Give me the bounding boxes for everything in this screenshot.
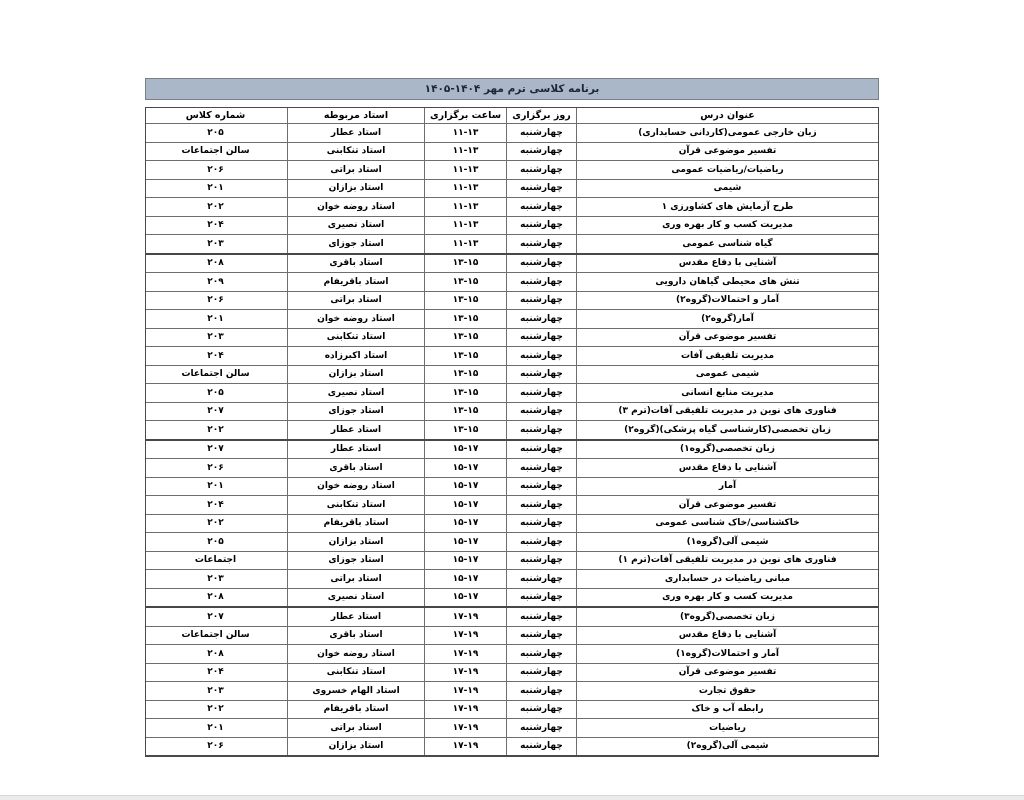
course-cell: مدیریت کسب و کار بهره وری — [576, 217, 878, 235]
professor-cell: استاد باقریفام — [287, 515, 424, 533]
table-row: طرح آزمایش های کشاورزی ۱چهارشنبه۱۱-۱۳است… — [146, 197, 878, 216]
day-cell: چهارشنبه — [506, 273, 576, 291]
room-cell: ۲۰۶ — [144, 161, 287, 179]
day-cell: چهارشنبه — [506, 384, 576, 402]
day-cell: چهارشنبه — [506, 459, 576, 477]
day-cell: چهارشنبه — [506, 682, 576, 700]
course-cell: رابطه آب و خاک — [576, 701, 878, 719]
room-cell: ۲۰۲ — [144, 198, 287, 216]
professor-cell: استاد براتی — [287, 161, 424, 179]
day-cell: چهارشنبه — [506, 329, 576, 347]
table-row: فناوری های نوین در مدیریت تلفیقی آفات(تر… — [146, 402, 878, 421]
table-title: برنامه کلاسی ترم مهر ۱۴۰۴-۱۴۰۵ — [425, 83, 600, 95]
course-cell: ریاضیات — [576, 719, 878, 737]
day-cell: چهارشنبه — [506, 292, 576, 310]
time-cell: ۱۳-۱۵ — [424, 384, 506, 402]
day-cell: چهارشنبه — [506, 570, 576, 588]
day-cell: چهارشنبه — [506, 515, 576, 533]
time-cell: ۱۵-۱۷ — [424, 441, 506, 459]
course-cell: آمار — [576, 478, 878, 496]
room-cell: ۲۰۸ — [144, 255, 287, 273]
course-cell: شیمی آلی(گروه۱) — [576, 533, 878, 551]
day-cell: چهارشنبه — [506, 478, 576, 496]
professor-cell: استاد جوزای — [287, 235, 424, 253]
professor-cell: استاد بزازان — [287, 738, 424, 756]
day-cell: چهارشنبه — [506, 421, 576, 439]
course-cell: مدیریت منابع انسانی — [576, 384, 878, 402]
day-cell: چهارشنبه — [506, 310, 576, 328]
professor-cell: استاد بزازان — [287, 533, 424, 551]
professor-cell: استاد جوزای — [287, 403, 424, 421]
table-row: آشنایی با دفاع مقدسچهارشنبه۱۷-۱۹استاد با… — [146, 626, 878, 645]
professor-cell: استاد عطار — [287, 608, 424, 626]
column-header-room: شماره کلاس — [144, 108, 287, 123]
course-cell: آشنایی با دفاع مقدس — [576, 459, 878, 477]
time-cell: ۱۳-۱۵ — [424, 347, 506, 365]
time-cell: ۱۵-۱۷ — [424, 478, 506, 496]
time-cell: ۱۱-۱۳ — [424, 124, 506, 142]
room-cell: ۲۰۱ — [144, 478, 287, 496]
time-cell: ۱۳-۱۵ — [424, 421, 506, 439]
time-cell: ۱۷-۱۹ — [424, 627, 506, 645]
course-cell: مبانی ریاضیات در حسابداری — [576, 570, 878, 588]
room-cell: ۲۰۹ — [144, 273, 287, 291]
table-row: شیمیچهارشنبه۱۱-۱۳استاد بزازان۲۰۱ — [146, 179, 878, 198]
room-cell: ۲۰۵ — [144, 384, 287, 402]
room-cell: ۲۰۲ — [144, 701, 287, 719]
table-row: شیمی آلی(گروه۲)چهارشنبه۱۷-۱۹استاد بزازان… — [146, 737, 878, 756]
day-cell: چهارشنبه — [506, 403, 576, 421]
table-row: فناوری های نوین در مدیریت تلفیقی آفات(تر… — [146, 551, 878, 570]
time-cell: ۱۷-۱۹ — [424, 608, 506, 626]
time-cell: ۱۷-۱۹ — [424, 682, 506, 700]
table-row: مدیریت کسب و کار بهره وریچهارشنبه۱۵-۱۷اس… — [146, 588, 878, 607]
time-cell: ۱۳-۱۵ — [424, 310, 506, 328]
time-cell: ۱۵-۱۷ — [424, 533, 506, 551]
professor-cell: استاد براتی — [287, 570, 424, 588]
room-cell: ۲۰۵ — [144, 533, 287, 551]
table-header-row: عنوان درس روز برگزاری ساعت برگزاری استاد… — [146, 108, 878, 123]
day-cell: چهارشنبه — [506, 255, 576, 273]
time-cell: ۱۷-۱۹ — [424, 701, 506, 719]
time-cell: ۱۵-۱۷ — [424, 496, 506, 514]
day-cell: چهارشنبه — [506, 180, 576, 198]
course-cell: آشنایی با دفاع مقدس — [576, 627, 878, 645]
table-row: مبانی ریاضیات در حسابداریچهارشنبه۱۵-۱۷اس… — [146, 569, 878, 588]
room-cell: ۲۰۵ — [144, 124, 287, 142]
column-header-course: عنوان درس — [576, 108, 878, 123]
professor-cell: استاد عطار — [287, 124, 424, 142]
course-cell: شیمی عمومی — [576, 366, 878, 384]
table-row: خاکشناسی/خاک شناسی عمومیچهارشنبه۱۵-۱۷است… — [146, 514, 878, 533]
room-cell: ۲۰۶ — [144, 292, 287, 310]
day-cell: چهارشنبه — [506, 347, 576, 365]
time-cell: ۱۵-۱۷ — [424, 589, 506, 607]
professor-cell: استاد بزازان — [287, 366, 424, 384]
professor-cell: استاد اکبرزاده — [287, 347, 424, 365]
course-cell: آمار(گروه۲) — [576, 310, 878, 328]
window-bottom-edge — [0, 795, 1024, 800]
time-cell: ۱۷-۱۹ — [424, 738, 506, 756]
course-cell: مدیریت کسب و کار بهره وری — [576, 589, 878, 607]
table-row: تنش های محیطی گیاهان داروییچهارشنبه۱۳-۱۵… — [146, 272, 878, 291]
time-cell: ۱۳-۱۵ — [424, 329, 506, 347]
day-cell: چهارشنبه — [506, 366, 576, 384]
course-cell: زبان خارجی عمومی(کاردانی حسابداری) — [576, 124, 878, 142]
room-cell: ۲۰۴ — [144, 496, 287, 514]
time-cell: ۱۷-۱۹ — [424, 664, 506, 682]
table-row: تفسیر موضوعی قرآنچهارشنبه۱۳-۱۵استاد تنکا… — [146, 328, 878, 347]
day-cell: چهارشنبه — [506, 161, 576, 179]
time-cell: ۱۳-۱۵ — [424, 403, 506, 421]
course-cell: شیمی آلی(گروه۲) — [576, 738, 878, 756]
day-cell: چهارشنبه — [506, 143, 576, 161]
course-cell: مدیریت تلفیقی آفات — [576, 347, 878, 365]
course-cell: فناوری های نوین در مدیریت تلفیقی آفات(تر… — [576, 552, 878, 570]
page-background: { "table": { "title": "برنامه کلاسی ترم … — [0, 0, 1024, 800]
professor-cell: استاد روضه خوان — [287, 645, 424, 663]
table-row: آمار(گروه۲)چهارشنبه۱۳-۱۵استاد روضه خوان۲… — [146, 309, 878, 328]
course-cell: طرح آزمایش های کشاورزی ۱ — [576, 198, 878, 216]
day-cell: چهارشنبه — [506, 217, 576, 235]
schedule-table: عنوان درس روز برگزاری ساعت برگزاری استاد… — [145, 107, 879, 757]
schedule-sheet: برنامه کلاسی ترم مهر ۱۴۰۴-۱۴۰۵ عنوان درس… — [145, 78, 879, 757]
course-cell: حقوق تجارت — [576, 682, 878, 700]
room-cell: ۲۰۳ — [144, 329, 287, 347]
time-cell: ۱۳-۱۵ — [424, 273, 506, 291]
table-row: گیاه شناسی عمومیچهارشنبه۱۱-۱۳استاد جوزای… — [146, 234, 878, 253]
table-row: زبان تخصصی(کارشناسی گیاه پزشکی)(گروه۲)چه… — [146, 420, 878, 439]
time-cell: ۱۱-۱۳ — [424, 161, 506, 179]
table-row: زبان تخصصی(گروه۳)چهارشنبه۱۷-۱۹استاد عطار… — [146, 606, 878, 626]
time-cell: ۱۷-۱۹ — [424, 719, 506, 737]
time-cell: ۱۵-۱۷ — [424, 552, 506, 570]
time-cell: ۱۱-۱۳ — [424, 143, 506, 161]
professor-cell: استاد بزازان — [287, 180, 424, 198]
professor-cell: استاد روضه خوان — [287, 310, 424, 328]
course-cell: تفسیر موضوعی قرآن — [576, 664, 878, 682]
course-cell: گیاه شناسی عمومی — [576, 235, 878, 253]
table-row: تفسیر موضوعی قرآنچهارشنبه۱۱-۱۳استاد تنکا… — [146, 142, 878, 161]
time-cell: ۱۵-۱۷ — [424, 515, 506, 533]
room-cell: ۲۰۸ — [144, 589, 287, 607]
room-cell: ۲۰۶ — [144, 459, 287, 477]
room-cell: ۲۰۳ — [144, 682, 287, 700]
room-cell: ۲۰۳ — [144, 570, 287, 588]
room-cell: ۲۰۴ — [144, 217, 287, 235]
course-cell: تنش های محیطی گیاهان دارویی — [576, 273, 878, 291]
table-row: مدیریت منابع انسانیچهارشنبه۱۳-۱۵استاد نص… — [146, 383, 878, 402]
table-row: آمارچهارشنبه۱۵-۱۷استاد روضه خوان۲۰۱ — [146, 477, 878, 496]
professor-cell: استاد تنکابنی — [287, 496, 424, 514]
professor-cell: استاد تنکابنی — [287, 329, 424, 347]
professor-cell: استاد باقریفام — [287, 701, 424, 719]
room-cell: ۲۰۶ — [144, 738, 287, 756]
room-cell: ۲۰۱ — [144, 310, 287, 328]
table-row: آمار و احتمالات(گروه۱)چهارشنبه۱۷-۱۹استاد… — [146, 644, 878, 663]
time-cell: ۱۵-۱۷ — [424, 570, 506, 588]
day-cell: چهارشنبه — [506, 496, 576, 514]
room-cell: ۲۰۲ — [144, 515, 287, 533]
room-cell: ۲۰۷ — [144, 608, 287, 626]
professor-cell: استاد نصیری — [287, 384, 424, 402]
table-row: آشنایی با دفاع مقدسچهارشنبه۱۵-۱۷استاد با… — [146, 458, 878, 477]
room-cell: اجتماعات — [144, 552, 287, 570]
time-cell: ۱۷-۱۹ — [424, 645, 506, 663]
room-cell: ۲۰۲ — [144, 421, 287, 439]
course-cell: ریاضیات/ریاضیات عمومی — [576, 161, 878, 179]
room-cell: ۲۰۷ — [144, 441, 287, 459]
professor-cell: استاد روضه خوان — [287, 198, 424, 216]
room-cell: سالن اجتماعات — [144, 366, 287, 384]
table-title-bar: برنامه کلاسی ترم مهر ۱۴۰۴-۱۴۰۵ — [145, 78, 879, 100]
time-cell: ۱۳-۱۵ — [424, 255, 506, 273]
room-cell: ۲۰۴ — [144, 664, 287, 682]
course-cell: تفسیر موضوعی قرآن — [576, 329, 878, 347]
time-cell: ۱۱-۱۳ — [424, 180, 506, 198]
column-header-day: روز برگزاری — [506, 108, 576, 123]
day-cell: چهارشنبه — [506, 235, 576, 253]
course-cell: زبان تخصصی(کارشناسی گیاه پزشکی)(گروه۲) — [576, 421, 878, 439]
table-row: مدیریت تلفیقی آفاتچهارشنبه۱۳-۱۵استاد اکب… — [146, 346, 878, 365]
table-row: زبان تخصصی(گروه۱)چهارشنبه۱۵-۱۷استاد عطار… — [146, 439, 878, 459]
course-cell: تفسیر موضوعی قرآن — [576, 496, 878, 514]
room-cell: سالن اجتماعات — [144, 143, 287, 161]
day-cell: چهارشنبه — [506, 701, 576, 719]
table-row: آمار و احتمالات(گروه۲)چهارشنبه۱۳-۱۵استاد… — [146, 291, 878, 310]
professor-cell: استاد باقری — [287, 627, 424, 645]
time-cell: ۱۱-۱۳ — [424, 198, 506, 216]
course-cell: آمار و احتمالات(گروه۱) — [576, 645, 878, 663]
professor-cell: استاد تنکابنی — [287, 664, 424, 682]
course-cell: آشنایی با دفاع مقدس — [576, 255, 878, 273]
table-row: ریاضیات/ریاضیات عمومیچهارشنبه۱۱-۱۳استاد … — [146, 160, 878, 179]
table-row: مدیریت کسب و کار بهره وریچهارشنبه۱۱-۱۳اس… — [146, 216, 878, 235]
time-cell: ۱۳-۱۵ — [424, 292, 506, 310]
professor-cell: استاد جوزای — [287, 552, 424, 570]
table-row: شیمی عمومیچهارشنبه۱۳-۱۵استاد بزازانسالن … — [146, 365, 878, 384]
table-row: تفسیر موضوعی قرآنچهارشنبه۱۷-۱۹استاد تنکا… — [146, 663, 878, 682]
day-cell: چهارشنبه — [506, 719, 576, 737]
table-row: ریاضیاتچهارشنبه۱۷-۱۹استاد براتی۲۰۱ — [146, 718, 878, 737]
time-cell: ۱۵-۱۷ — [424, 459, 506, 477]
professor-cell: استاد عطار — [287, 441, 424, 459]
course-cell: تفسیر موضوعی قرآن — [576, 143, 878, 161]
professor-cell: استاد باقری — [287, 255, 424, 273]
day-cell: چهارشنبه — [506, 738, 576, 756]
day-cell: چهارشنبه — [506, 441, 576, 459]
professor-cell: استاد نصیری — [287, 589, 424, 607]
professor-cell: استاد روضه خوان — [287, 478, 424, 496]
day-cell: چهارشنبه — [506, 664, 576, 682]
room-cell: ۲۰۱ — [144, 719, 287, 737]
column-header-professor: استاد مربوطه — [287, 108, 424, 123]
professor-cell: استاد براتی — [287, 719, 424, 737]
professor-cell: استاد عطار — [287, 421, 424, 439]
table-body: زبان خارجی عمومی(کاردانی حسابداری)چهارشن… — [146, 123, 878, 755]
day-cell: چهارشنبه — [506, 198, 576, 216]
professor-cell: استاد نصیری — [287, 217, 424, 235]
course-cell: زبان تخصصی(گروه۱) — [576, 441, 878, 459]
room-cell: ۲۰۱ — [144, 180, 287, 198]
course-cell: شیمی — [576, 180, 878, 198]
professor-cell: استاد باقریفام — [287, 273, 424, 291]
table-row: آشنایی با دفاع مقدسچهارشنبه۱۳-۱۵استاد با… — [146, 253, 878, 273]
course-cell: فناوری های نوین در مدیریت تلفیقی آفات(تر… — [576, 403, 878, 421]
professor-cell: استاد باقری — [287, 459, 424, 477]
day-cell: چهارشنبه — [506, 645, 576, 663]
professor-cell: استاد تنکابنی — [287, 143, 424, 161]
table-row: تفسیر موضوعی قرآنچهارشنبه۱۵-۱۷استاد تنکا… — [146, 495, 878, 514]
time-cell: ۱۱-۱۳ — [424, 235, 506, 253]
room-cell: ۲۰۸ — [144, 645, 287, 663]
time-cell: ۱۳-۱۵ — [424, 366, 506, 384]
table-row: شیمی آلی(گروه۱)چهارشنبه۱۵-۱۷استاد بزازان… — [146, 532, 878, 551]
column-header-time: ساعت برگزاری — [424, 108, 506, 123]
day-cell: چهارشنبه — [506, 608, 576, 626]
course-cell: خاکشناسی/خاک شناسی عمومی — [576, 515, 878, 533]
day-cell: چهارشنبه — [506, 552, 576, 570]
room-cell: ۲۰۴ — [144, 347, 287, 365]
day-cell: چهارشنبه — [506, 627, 576, 645]
day-cell: چهارشنبه — [506, 533, 576, 551]
day-cell: چهارشنبه — [506, 589, 576, 607]
time-cell: ۱۱-۱۳ — [424, 217, 506, 235]
table-row: زبان خارجی عمومی(کاردانی حسابداری)چهارشن… — [146, 123, 878, 142]
professor-cell: استاد الهام خسروی — [287, 682, 424, 700]
day-cell: چهارشنبه — [506, 124, 576, 142]
course-cell: زبان تخصصی(گروه۳) — [576, 608, 878, 626]
course-cell: آمار و احتمالات(گروه۲) — [576, 292, 878, 310]
professor-cell: استاد براتی — [287, 292, 424, 310]
room-cell: ۲۰۷ — [144, 403, 287, 421]
table-row: رابطه آب و خاکچهارشنبه۱۷-۱۹استاد باقریفا… — [146, 700, 878, 719]
room-cell: ۲۰۳ — [144, 235, 287, 253]
room-cell: سالن اجتماعات — [144, 627, 287, 645]
table-row: حقوق تجارتچهارشنبه۱۷-۱۹استاد الهام خسروی… — [146, 681, 878, 700]
